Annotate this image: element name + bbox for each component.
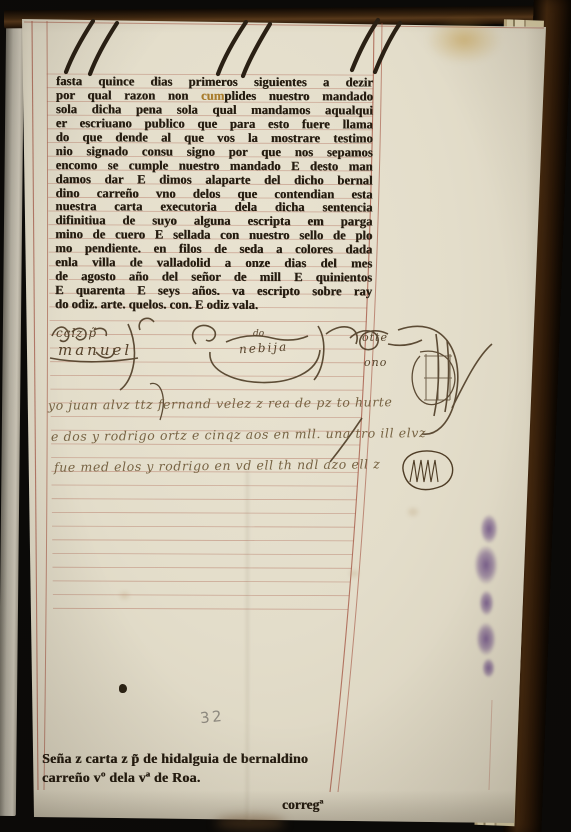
signature-left-rubric: cclz p̃ — [56, 326, 97, 340]
foxing-spot — [408, 508, 418, 516]
cursive-annotations-block: yo juan alvz ttz fernand velez z rea de … — [46, 396, 476, 491]
stain-purple — [480, 514, 498, 544]
stain-purple — [476, 622, 496, 656]
signature-center-name: nebija — [239, 340, 289, 357]
cursive-annotation-line: fue med elos y rodrigo en vd ell th ndl … — [54, 456, 381, 474]
gothic-text-line: do odiz. arte. quelos. con. E odiz vala. — [55, 298, 372, 313]
gothic-text-block: fasta quince dias primeros siguientes a … — [55, 75, 373, 313]
signature-center-superscript: do — [253, 329, 264, 339]
stain-purple — [482, 658, 495, 678]
docket-text-line: carreño vº dela vª de Roa. — [42, 770, 352, 789]
stain-purple — [479, 590, 494, 616]
stain-purple — [474, 545, 498, 585]
docket-text: Seña z carta z p̃ de hidalguia de bernal… — [42, 751, 352, 788]
folio-number-pencil: 32 — [199, 707, 225, 727]
bottom-smudge — [215, 816, 285, 830]
page-crease — [246, 470, 251, 820]
signature-right-fragment: otte — [362, 331, 388, 344]
cursive-annotation-line: yo juan alvz ttz fernand velez z rea de … — [48, 394, 393, 413]
gold-ink-word: cum — [201, 89, 224, 103]
signature-right-fragment: ono — [364, 356, 387, 369]
foxing-spot — [350, 570, 358, 577]
ink-blot — [119, 684, 127, 693]
signature-left-name: manuel — [58, 341, 132, 359]
underlying-page-edge — [0, 16, 24, 816]
stain-yellow — [426, 16, 502, 64]
cursive-annotation-line: e dos y rodrigo ortz e cinqz aos en mll.… — [51, 425, 426, 444]
docket-text-line: Seña z carta z p̃ de hidalguia de bernal… — [42, 751, 352, 770]
manuscript-photo: { "manuscript": { "body_lines": [ "fasta… — [0, 0, 571, 832]
correction-mark: corregª — [282, 797, 323, 813]
foxing-spot — [120, 592, 129, 599]
